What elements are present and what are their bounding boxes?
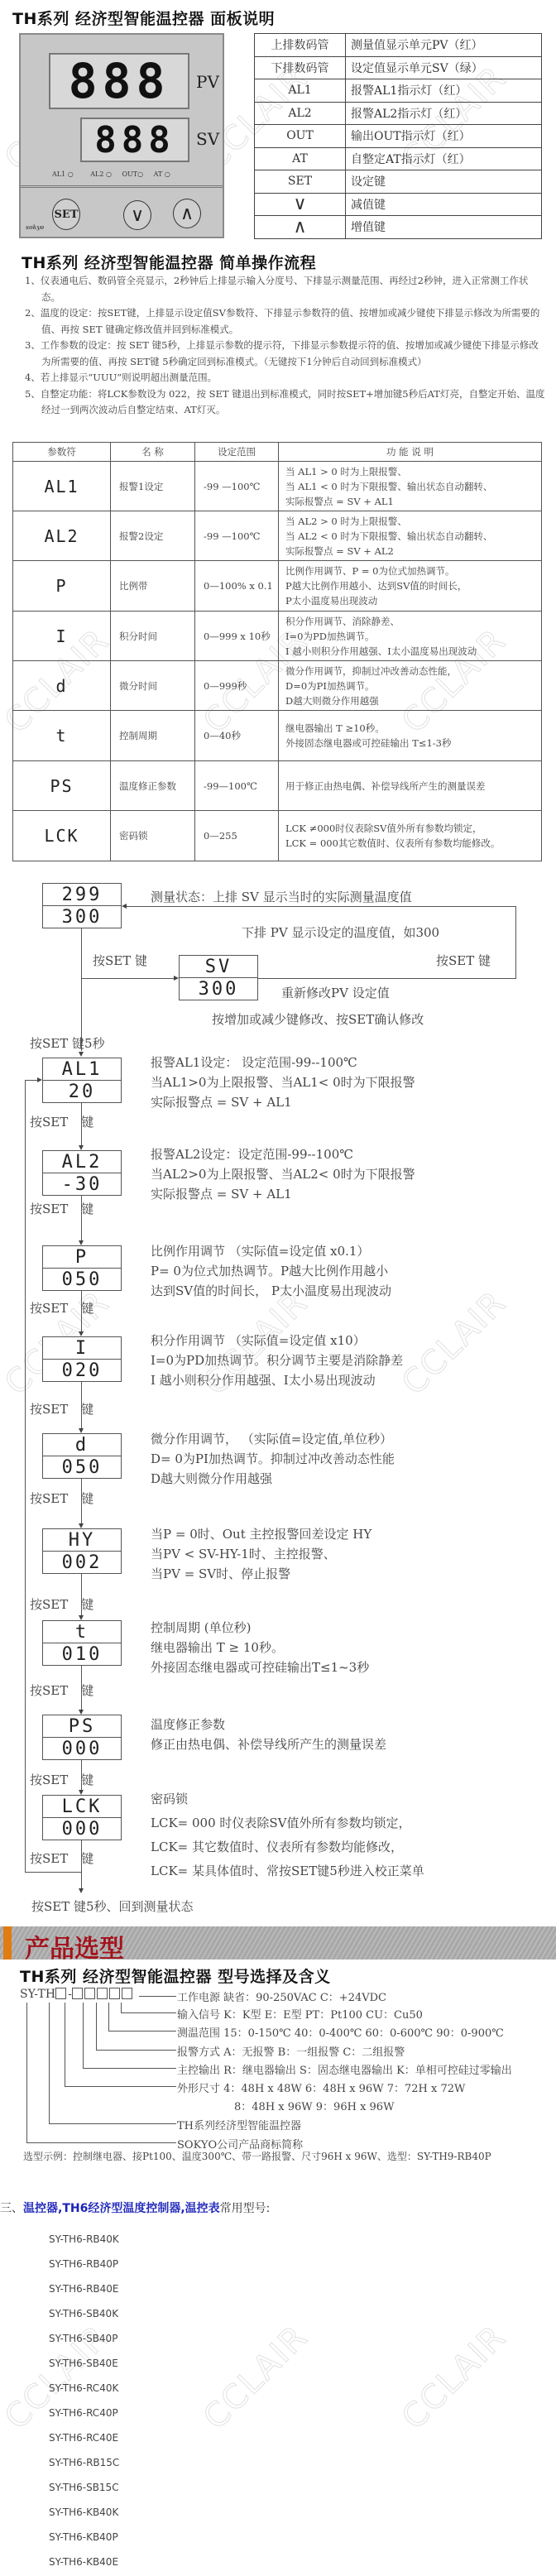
common-models-heading: 三、温控器,TH6经济型温度控制器,温控表常用型号: [0, 2199, 270, 2216]
flow-box-i: I 020 [42, 1336, 122, 1382]
legend-row: 下排数码管设定值显示单元SV（绿） [255, 56, 542, 79]
code-box [122, 1988, 132, 1999]
bracket-line [49, 2123, 176, 2124]
list-item: SY-TH6-RC40E [49, 2425, 119, 2450]
measure-desc-2: 下排 PV 显示设定的温度值，如300 [242, 923, 439, 943]
table-row: P 比例带 0—100% x 0.1 比例作用调节、P = 0为位式加热调节。P… [13, 561, 542, 612]
table-row: I 积分时间 0—999 x 10秒 积分作用调节、消除静差、I=0为PD加热调… [13, 612, 542, 661]
press-set-label: 按SET键 [30, 1489, 93, 1507]
to-sv-line [81, 978, 175, 979]
flow-box-measure: 299 300 [42, 883, 122, 928]
flow-box-sv: SV 300 [179, 955, 258, 1000]
table-row: t 控制周期 0—40秒 继电器输出 T ≥10秒。外接固态继电器或可控硅输出 … [13, 711, 542, 761]
list-item: SY-TH6-KB40K [49, 2500, 119, 2525]
model-line-series: TH系列经济型智能温控器 [177, 2117, 301, 2132]
table-row: d 微分时间 0—999秒 微分作用调节，抑制过冲改善动态性能，D=0为PI加热… [13, 661, 542, 711]
legend-row: 上排数码管测量值显示单元PV（红） [255, 34, 542, 57]
model-line-size-2: 8：48H x 96W 9：96H x 96W [234, 2098, 394, 2113]
banner-title: 产品选型 [25, 1928, 124, 1964]
flow-box-p: P 050 [42, 1245, 122, 1291]
down-button[interactable]: ∨ [123, 200, 151, 230]
code-box [55, 1988, 66, 1999]
pv-label: PV [196, 72, 219, 92]
bracket-line [121, 2012, 176, 2013]
step-desc: 密码锁LCK= 000 时仪表除SV值外所有参数均锁定，LCK= 其它数值时、仪… [151, 1787, 424, 1883]
bracket-line [65, 2003, 65, 2086]
press-set-label: 按SET键 [30, 1200, 93, 1217]
flow-box-t: t 010 [42, 1620, 122, 1666]
legend-row: ∧增值键 [255, 216, 542, 239]
press-set-label: 按SET键 [30, 1113, 93, 1130]
step-desc: 比例作用调节 （实际值=设定值 x0.1）P= 0为位式加热调节。P越大比例作用… [151, 1241, 391, 1301]
press-set-label: 按SET键 [30, 1400, 93, 1418]
measure-desc-1: 测量状态：上排 SV 显示当时的实际测量温度值 [151, 887, 412, 907]
loop-line-bottom [25, 1872, 81, 1873]
table-row: LCK 密码锁 0—255 LCK ≠000时仪表除SV值外所有参数均锁定，LC… [13, 811, 542, 861]
return-line [126, 906, 516, 907]
selection-example: 选型示例：控制继电器、接Pt100、温度300℃、带一路报警、尺寸96H x 9… [23, 2149, 491, 2163]
flow-box-hy: HY 002 [42, 1528, 122, 1574]
bracket-line [139, 1996, 176, 1997]
legend-row: SET设定键 [255, 170, 542, 194]
led-al2: AL2 ○ [90, 170, 112, 178]
code-box [97, 1988, 108, 1999]
press-set-label: 按SET键 [30, 1681, 93, 1699]
up-button[interactable]: ∧ [173, 199, 201, 228]
model-line-size: 外形尺寸 4：48H x 48W 6：48H x 96W 7：72H x 72W [177, 2080, 465, 2095]
list-item: SY-TH6-RB40E [49, 2276, 119, 2301]
step-item: 5、自整定功能：将LCK参数设为 022，按 SET 键退出到标准模式，同时按S… [25, 386, 546, 419]
list-item: SY-TH6-SB40E [49, 2351, 119, 2376]
list-item: SY-TH6-RC40P [49, 2401, 119, 2425]
step-desc: 控制周期 (单位秒)继电器输出 T ≥ 10秒。外接固态继电器或可控硅输出T≤1… [151, 1618, 369, 1677]
step-desc: 温度修正参数修正由热电偶、补偿导线所产生的测量误差 [151, 1715, 386, 1754]
led-out: OUT○ [122, 170, 144, 178]
panel-section-title: TH系列 经济型智能温控器 面板说明 [12, 7, 275, 29]
bracket-line [49, 2003, 50, 2123]
model-line-power: 工作电源 缺省：90-250VAC C：+24VDC [177, 1988, 386, 2004]
banner-accent [3, 1926, 12, 1960]
model-code: SY-TH- [20, 1988, 134, 2001]
bracket-line [26, 2142, 176, 2143]
controller-panel: 888 PV 888 SV AL1 ○ AL2 ○ OUT○ AT ○ SET … [19, 33, 224, 238]
model-line-range: 测温范围 15：0-150℃ 40：0-400℃ 60：0-600℃ 90：0-… [177, 2024, 504, 2040]
list-item: SY-TH6-SB40K [49, 2301, 119, 2326]
product-selection-banner: 产品选型 [0, 1926, 556, 1960]
sv-to-return-line [258, 978, 516, 979]
step-desc: 微分作用调节， （实际值=设定值,单位秒）D= 0为PI加热调节。抑制过冲改善动… [151, 1429, 395, 1489]
legend-row: OUT输出OUT指示灯（红） [255, 125, 542, 148]
bracket-line [65, 2086, 176, 2087]
step-item: 1、仪表通电后、数码管全亮显示，2秒钟后上排显示输入分度号、下排显示测量范围、再… [25, 273, 546, 305]
sv-desc-2: 按增加或减少键修改、按SET确认修改 [212, 1010, 424, 1029]
model-line-alarm: 报警方式 A：无报警 B：一组报警 C：二组报警 [177, 2043, 405, 2059]
step-desc: 积分作用调节 （实际值=设定值 x10）I=0为PD加热调节。积分调节主要是消除… [151, 1331, 403, 1390]
list-item: SY-TH6-SB15C [49, 2475, 119, 2500]
main-flow-line [81, 928, 82, 1051]
legend-row: AL2报警AL2指示灯（红） [255, 102, 542, 125]
step-item: 3、工作参数的设定：按 SET 键5秒，上排显示参数的提示符，下排显示参数提示符… [25, 338, 546, 370]
flow-box-ps: PS 000 [42, 1715, 122, 1760]
bracket-line [83, 2068, 176, 2069]
sv-label: SV [196, 129, 219, 149]
press-set-label: 按SET键 [30, 1771, 93, 1788]
bracket-line [26, 2003, 27, 2142]
list-item: SY-TH6-KB40E [49, 2550, 119, 2574]
return-measure-label: 按SET 键5秒、回到测量状态 [31, 1897, 194, 1915]
model-list: SY-TH6-RB40K SY-TH6-RB40P SY-TH6-RB40E S… [49, 2227, 119, 2574]
loop-line [25, 1080, 26, 1873]
legend-row: ∨减值键 [255, 193, 542, 216]
panel-divider [21, 185, 223, 188]
table-row: PS 温度修正参数 -99—100℃ 用于修正由热电偶、补偿导线所产生的测量误差 [13, 761, 542, 811]
bracket-line [83, 2003, 84, 2068]
press-set-right-label: 按SET 键 [436, 952, 491, 969]
press-set-label: 按SET键 [30, 1299, 93, 1317]
step-item: 2、温度的设定：按SET键，上排显示设定值SV参数符、下排显示参数符的值、按增加… [25, 305, 546, 338]
bracket-line [96, 2003, 97, 2050]
table-row: AL2 报警2设定 -99 —100℃ 当 AL2 > 0 时为上限报警、当 A… [13, 511, 542, 561]
legend-row: AT自整定AT指示灯（红） [255, 147, 542, 170]
code-box [109, 1988, 120, 1999]
arrow-left-icon [122, 904, 127, 909]
press-set-5s-label: 按SET 键5秒 [30, 1034, 105, 1052]
set-button[interactable]: SET [52, 199, 80, 230]
operation-section-title: TH系列 经济型智能温控器 简单操作流程 [22, 251, 316, 273]
bracket-line [108, 2003, 109, 2031]
operation-steps: 1、仪表通电后、数码管全亮显示，2秒钟后上排显示输入分度号、下排显示测量范围、再… [25, 273, 546, 419]
press-set-label: 按SET键 [30, 1849, 93, 1867]
flow-box-al2: AL2 -30 [42, 1150, 122, 1196]
link-th6-controller[interactable]: TH6经济型温度控制器 [62, 2202, 180, 2215]
list-item: SY-TH6-RB40P [49, 2252, 119, 2276]
flow-box-lck: LCK 000 [42, 1795, 122, 1840]
pv-display: 888 [49, 53, 189, 109]
brand-logo: sokyo [26, 223, 44, 231]
model-line-input: 输入信号 K：K型 E：E型 PT：Pt100 CU：Cu50 [177, 2006, 423, 2022]
list-item: SY-TH6-SB40P [49, 2326, 119, 2351]
led-al1: AL1 ○ [52, 170, 74, 178]
indicator-leds: AL1 ○ AL2 ○ OUT○ AT ○ [52, 170, 179, 178]
link-thermostat[interactable]: 温控器 [23, 2202, 58, 2215]
arrow-down-icon [79, 1888, 84, 1893]
parameter-table: 参数符 名 称 设定范围 功 能 说 明 AL1 报警1设定 -99 —100℃… [12, 442, 542, 861]
code-box [72, 1988, 83, 1999]
model-section-title: TH系列 经济型智能温控器 型号选择及含义 [20, 1964, 331, 1987]
list-item: SY-TH6-KB40P [49, 2525, 119, 2550]
flow-box-al1: AL1 20 [42, 1058, 122, 1103]
step-item: 4、若上排显示“UUU”则说明超出测量范围。 [25, 370, 546, 386]
led-at: AT ○ [154, 170, 170, 178]
watermark: CCLAIR [395, 1283, 514, 1403]
list-item: SY-TH6-RB40K [49, 2227, 119, 2252]
bracket-line [96, 2050, 176, 2051]
press-set-label: 按SET 键 [93, 952, 147, 969]
sv-display: 888 [80, 118, 189, 162]
bracket-line [121, 2003, 122, 2012]
watermark: CCLAIR [395, 2318, 514, 2437]
model-line-output: 主控输出 R：继电器输出 S：固态继电器输出 K：单相可控硅过零输出 [177, 2061, 512, 2077]
arrow-down-icon [79, 1052, 84, 1057]
sv-desc-1: 重新修改PV 设定值 [281, 983, 390, 1003]
flow-box-d: d 050 [42, 1433, 122, 1479]
table-row: AL1 报警1设定 -99 —100℃ 当 AL1 > 0 时为上限报警、当 A… [13, 462, 542, 511]
list-item: SY-TH6-RB15C [49, 2450, 119, 2475]
link-temp-meter[interactable]: 温控表 [185, 2202, 220, 2215]
table-header-row: 参数符 名 称 设定范围 功 能 说 明 [13, 443, 542, 462]
panel-legend-table: 上排数码管测量值显示单元PV（红） 下排数码管设定值显示单元SV（绿） AL1报… [254, 33, 542, 239]
list-item: SY-TH6-RC40K [49, 2376, 119, 2401]
legend-row: AL1报警AL1指示灯（红） [255, 79, 542, 103]
bracket-line [108, 2031, 176, 2032]
step-desc: 报警AL1设定： 设定范围-99--100℃当AL1>0为上限报警、当AL1< … [151, 1053, 415, 1112]
loop-line-top [25, 1080, 38, 1081]
return-line-vertical [515, 906, 516, 979]
code-box [84, 1988, 95, 1999]
press-set-label: 按SET键 [30, 1595, 93, 1613]
step-desc: 当P = 0时、Out 主控报警回差设定 HY当PV < SV-HY-1时、主控… [151, 1524, 371, 1584]
watermark: CCLAIR [196, 2318, 315, 2437]
step-desc: 报警AL2设定：设定范围-99--100℃当AL2>0为上限报警、当AL2< 0… [151, 1144, 415, 1204]
